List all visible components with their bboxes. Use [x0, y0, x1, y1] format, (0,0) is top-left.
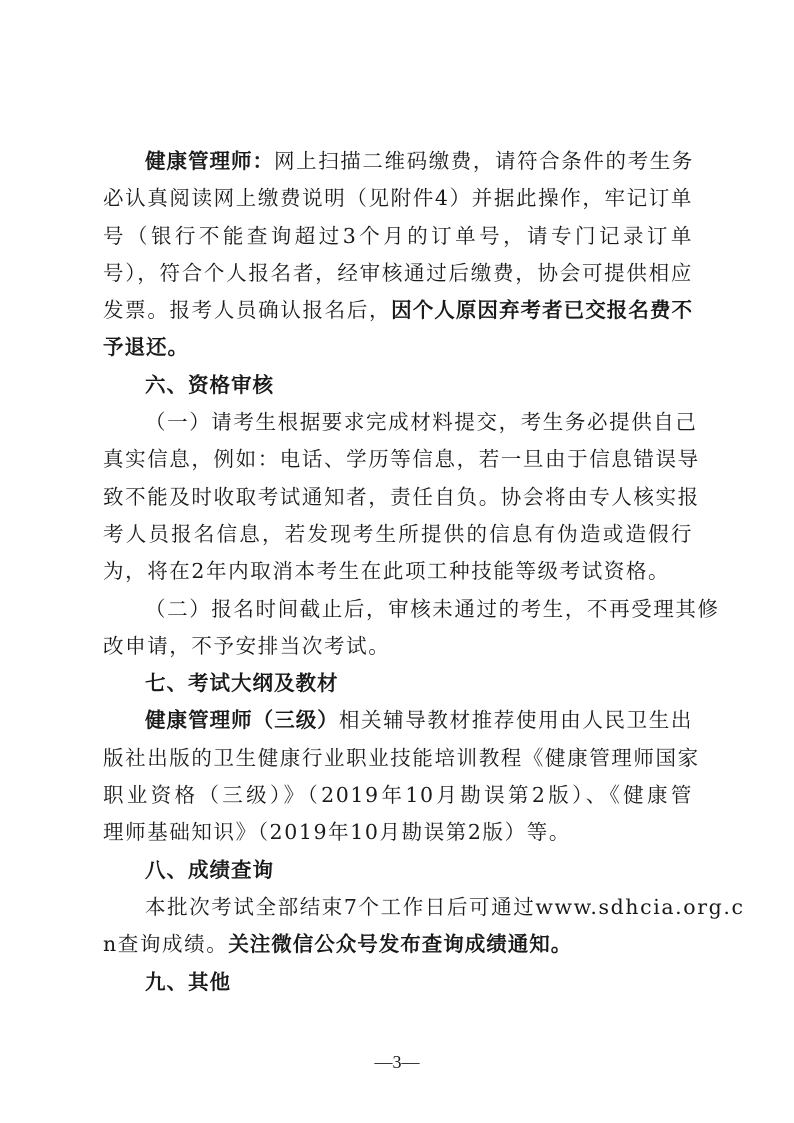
text-run: 本批次考试全部结束7个工作日后可通过www.sdhcia.org.c	[145, 895, 745, 919]
paragraph-line: 予退还。	[103, 329, 693, 366]
section-heading-syllabus-materials: 七、考试大纲及教材	[103, 665, 693, 702]
text-run: 网上扫描二维码缴费，请符合条件的考生务	[274, 149, 694, 173]
bold-text-run: 关注微信公众号发布查询成绩通知。	[228, 932, 572, 956]
page-number: —3—	[0, 1052, 794, 1073]
section-heading-qualification-review: 六、资格审核	[103, 367, 693, 404]
paragraph-line: n查询成绩。关注微信公众号发布查询成绩通知。	[103, 926, 693, 963]
heading-text: 九、其他	[145, 970, 231, 994]
heading-text: 七、考试大纲及教材	[145, 671, 339, 695]
bold-label-health-manager: 健康管理师：	[145, 149, 274, 173]
text-run: 号），符合个人报名者，经审核通过后缴费，协会可提供相应	[103, 261, 693, 285]
text-run: n查询成绩。	[103, 932, 228, 956]
paragraph-line: 致不能及时收取考试通知者，责任自负。协会将由专人核实报	[103, 479, 693, 516]
paragraph-line: 发票。报考人员确认报名后，因个人原因弃考者已交报名费不	[103, 292, 693, 329]
paragraph-line: （二）报名时间截止后，审核未通过的考生，不再受理其修	[103, 591, 693, 628]
paragraph-line: 健康管理师：网上扫描二维码缴费，请符合条件的考生务	[103, 143, 693, 180]
paragraph-line: 号（银行不能查询超过3个月的订单号，请专门记录订单	[103, 218, 693, 255]
paragraph-line: 考人员报名信息，若发现考生所提供的信息有伪造或造假行	[103, 516, 693, 553]
text-run: 相关辅导教材推荐使用由人民卫生出	[339, 708, 693, 732]
bold-text-run: 因个人原因弃考者已交报名费不	[391, 298, 693, 322]
paragraph-line: 理师基础知识》（2019年10月勘误第2版）等。	[103, 814, 693, 851]
document-page: 健康管理师：网上扫描二维码缴费，请符合条件的考生务 必认真阅读网上缴费说明（见附…	[103, 143, 693, 1001]
text-run: 为，将在2年内取消本考生在此项工种技能等级考试资格。	[103, 559, 670, 583]
text-run: 发票。报考人员确认报名后，	[103, 298, 391, 322]
section-heading-other: 九、其他	[103, 964, 693, 1001]
text-run: 必认真阅读网上缴费说明（见附件4）并据此操作，牢记订单	[103, 186, 693, 210]
paragraph-line: （一）请考生根据要求完成材料提交，考生务必提供自己	[103, 404, 693, 441]
paragraph-line: 改申请，不予安排当次考试。	[103, 628, 693, 665]
paragraph-line: 本批次考试全部结束7个工作日后可通过www.sdhcia.org.c	[103, 889, 693, 926]
paragraph-line: 必认真阅读网上缴费说明（见附件4）并据此操作，牢记订单	[103, 180, 693, 217]
text-run: 理师基础知识》（2019年10月勘误第2版）等。	[103, 820, 571, 844]
text-run: （一）请考生根据要求完成材料提交，考生务必提供自己	[145, 410, 698, 434]
heading-text: 六、资格审核	[145, 373, 274, 397]
text-run: 真实信息，例如：电话、学历等信息，若一旦由于信息错误导	[103, 447, 700, 471]
paragraph-line: 号），符合个人报名者，经审核通过后缴费，协会可提供相应	[103, 255, 693, 292]
heading-text: 八、成绩查询	[145, 858, 274, 882]
text-run: 职业资格（三级）》（2019年10月勘误第2版）、《健康管	[103, 783, 693, 807]
text-run: 号（银行不能查询超过3个月的订单号，请专门记录订单	[103, 224, 693, 248]
bold-text-run: 予退还。	[103, 335, 189, 359]
text-run: 版社出版的卫生健康行业职业技能培训教程《健康管理师国家	[103, 746, 700, 770]
text-run: 致不能及时收取考试通知者，责任自负。协会将由专人核实报	[103, 485, 700, 509]
text-run: （二）报名时间截止后，审核未通过的考生，不再受理其修	[145, 597, 720, 621]
paragraph-line: 职业资格（三级）》（2019年10月勘误第2版）、《健康管	[103, 777, 693, 814]
bold-label-health-manager-level3: 健康管理师（三级）	[145, 708, 339, 732]
section-heading-score-inquiry: 八、成绩查询	[103, 852, 693, 889]
text-run: 考人员报名信息，若发现考生所提供的信息有伪造或造假行	[103, 522, 693, 546]
paragraph-line: 健康管理师（三级）相关辅导教材推荐使用由人民卫生出	[103, 702, 693, 739]
paragraph-line: 版社出版的卫生健康行业职业技能培训教程《健康管理师国家	[103, 740, 693, 777]
paragraph-line: 真实信息，例如：电话、学历等信息，若一旦由于信息错误导	[103, 441, 693, 478]
text-run: 改申请，不予安排当次考试。	[103, 634, 390, 658]
paragraph-line: 为，将在2年内取消本考生在此项工种技能等级考试资格。	[103, 553, 693, 590]
